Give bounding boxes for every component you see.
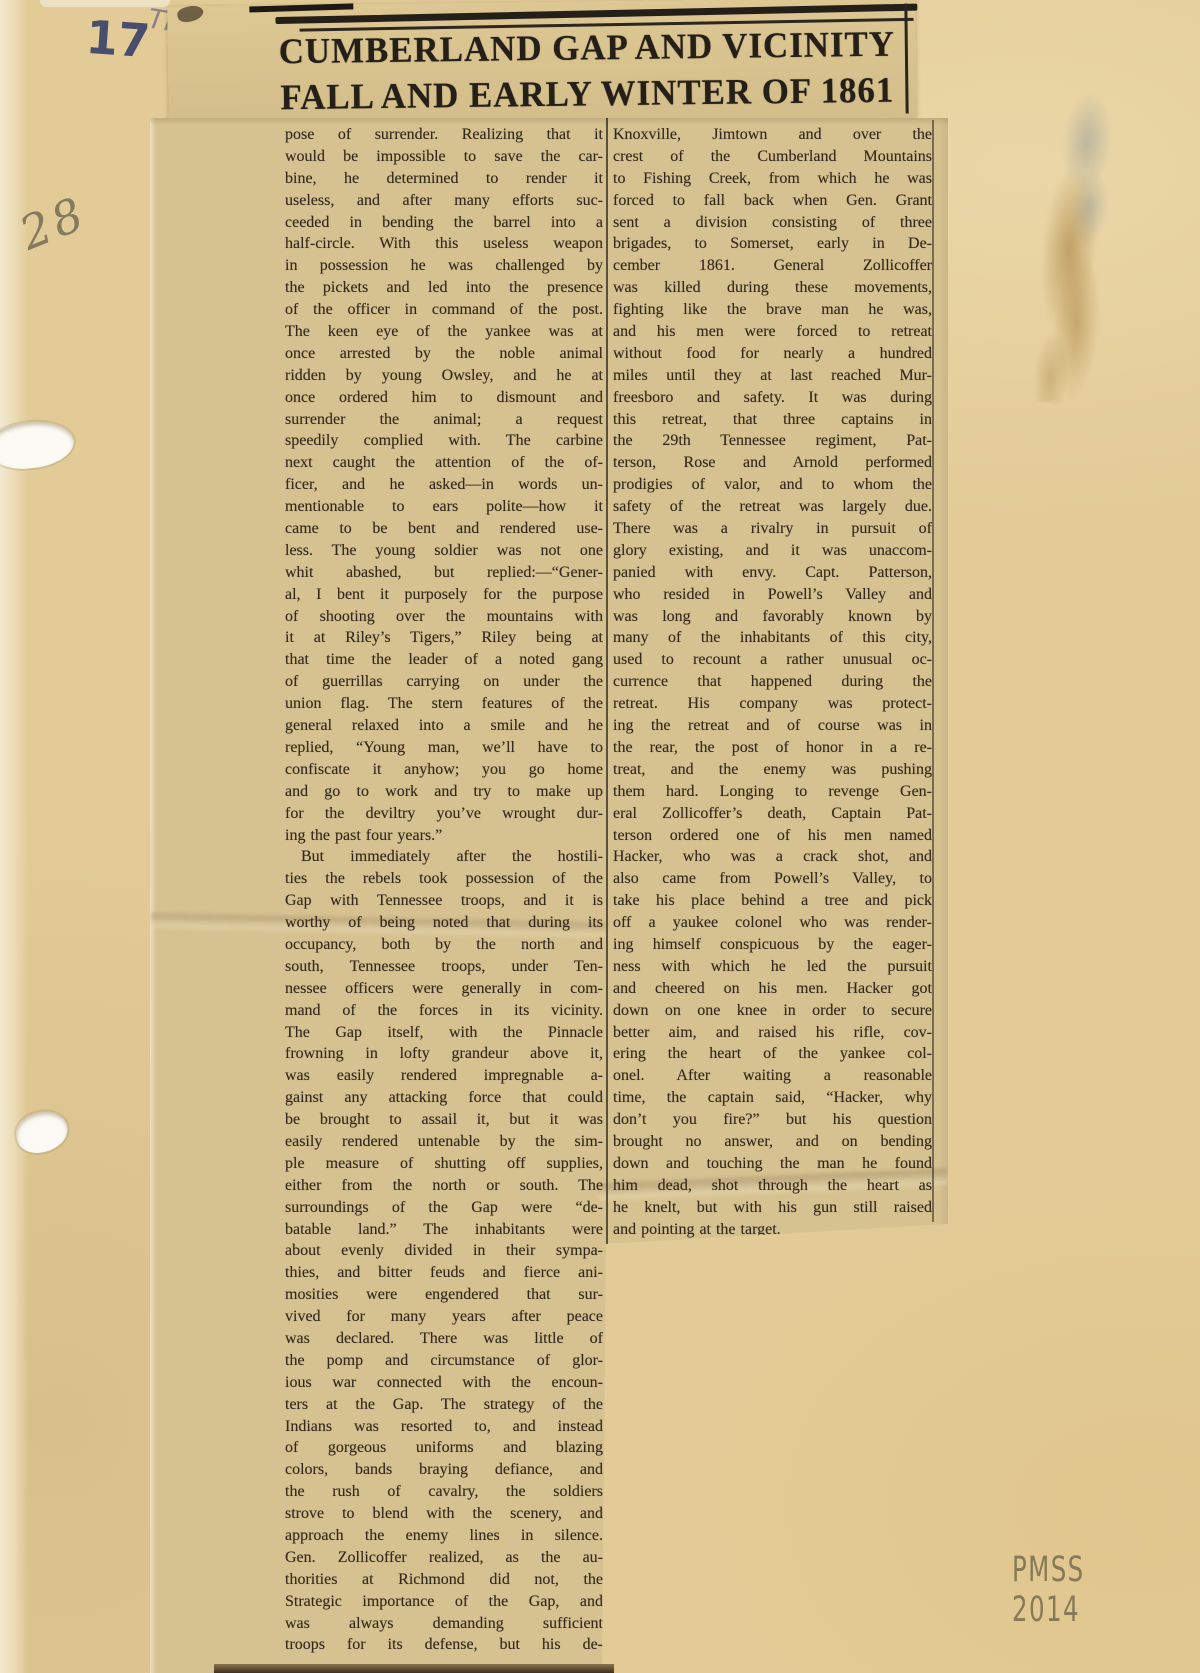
article-text-line: ious war connected with the encoun- — [285, 1372, 603, 1394]
article-text-line: less. The young soldier was not one — [285, 540, 603, 562]
article-text-line: vived for many years after peace — [285, 1306, 603, 1328]
article-text-line: union flag. The stern features of the — [285, 693, 603, 715]
article-text-line: speedily complied with. The carbine — [285, 430, 603, 452]
article-text-line: ering the heart of the yankee col- — [613, 1043, 932, 1065]
article-text-line: terson, Rose and Arnold performed — [613, 452, 932, 474]
article-text-line: surrender the animal; a request — [285, 409, 603, 431]
article-text-line: without food for nearly a hundred — [613, 343, 932, 365]
article-text-line: the pomp and circumstance of glor- — [285, 1350, 603, 1372]
article-text-line: ceeded in bending the barrel into a — [285, 212, 603, 234]
article-text-line: There was a rivalry in pursuit of — [613, 518, 932, 540]
article-text-line: Knoxville, Jimtown and over the — [613, 124, 932, 146]
article-text-line: half-circle. With this useless weapon — [285, 233, 603, 255]
article-text-line: also came from Powell’s Valley, to — [613, 868, 932, 890]
article-text-line: currence that happened during the — [613, 671, 932, 693]
article-text-line: thies, and bitter feuds and fierce ani- — [285, 1262, 603, 1284]
article-text-line: The Gap itself, with the Pinnacle — [285, 1022, 603, 1044]
torn-ink-blob — [176, 3, 205, 24]
article-text-line: for the deviltry you’ve wrought dur- — [285, 803, 603, 825]
article-text-line: crest of the Cumberland Mountains — [613, 146, 932, 168]
article-text-line: occupancy, both by the north and — [285, 934, 603, 956]
article-text-line: in possession he was challenged by — [285, 255, 603, 277]
article-text-line: the pickets and led into the presence — [285, 277, 603, 299]
article-text-line: ing himself conspicuous by the eager- — [613, 934, 932, 956]
article-text-line: the 29th Tennessee regiment, Pat- — [613, 430, 932, 452]
archive-watermark: PMSS 2014 — [1012, 1550, 1144, 1630]
article-text-line: once ordered him to dismount and — [285, 387, 603, 409]
article-text-line: time, the captain said, “Hacker, why — [613, 1087, 932, 1109]
article-text-line: Strategic importance of the Gap, and — [285, 1591, 603, 1613]
article-text-line: and his men were forced to retreat — [613, 321, 932, 343]
torn-page-left-edge — [0, 0, 28, 1673]
article-text-line: pose of surrender. Realizing that it — [285, 124, 603, 146]
article-column-left: pose of surrender. Realizing that itwoul… — [285, 124, 603, 1656]
article-text-line: to Fishing Creek, from which he was — [613, 168, 932, 190]
article-text-line: general relaxed into a smile and he — [285, 715, 603, 737]
article-text-line: bine, he determined to render it — [285, 168, 603, 190]
article-text-line: safety of the retreat was largely due. — [613, 496, 932, 518]
article-text-line: be brought to assail it, but it was — [285, 1109, 603, 1131]
article-text-line: cember 1861. General Zollicoffer — [613, 255, 932, 277]
newspaper-article-clipping: pose of surrender. Realizing that itwoul… — [150, 118, 948, 1673]
scan-bottom-edge — [214, 1664, 614, 1673]
article-text-line: ties the rebels took possession of the — [285, 868, 603, 890]
article-text-line: terson ordered one of his men named — [613, 825, 932, 847]
article-text-line: mosities were engendered that sur- — [285, 1284, 603, 1306]
article-text-line: of shooting over the mountains with — [285, 606, 603, 628]
article-text-line: retreat. His company was protect- — [613, 693, 932, 715]
scrapbook-page: { "page": { "handwritten_number_top": "1… — [0, 0, 1200, 1673]
article-text-line: The keen eye of the yankee was at — [285, 321, 603, 343]
headline-line-2: FALL AND EARLY WINTER OF 1861 — [274, 70, 901, 118]
article-text-line: miles until they at last reached Mur- — [613, 365, 932, 387]
article-text-line: that time the leader of a noted gang — [285, 649, 603, 671]
article-text-line: treat, and the enemy was pushing — [613, 759, 932, 781]
article-text-line: whit abashed, but replied:—“Gener- — [285, 562, 603, 584]
article-text-line: gainst any attacking force that could — [285, 1087, 603, 1109]
article-text-line: useless, and after many efforts suc- — [285, 190, 603, 212]
article-text-line: sent a division consisting of three — [613, 212, 932, 234]
article-text-line: freesboro and safety. It was during — [613, 387, 932, 409]
article-text-line: him dead, shot through the heart as — [613, 1175, 932, 1197]
article-text-line: surroundings of the Gap were “de- — [285, 1197, 603, 1219]
article-text-line: used to recount a rather unusual oc- — [613, 649, 932, 671]
article-text-line: troops for its defense, but his de- — [285, 1634, 603, 1656]
article-text-line: panied with envy. Capt. Patterson, — [613, 562, 932, 584]
article-text-line: down on one knee in order to secure — [613, 1000, 932, 1022]
column-divider-rule — [606, 118, 608, 1244]
article-text-line: them hard. Longing to revenge Gen- — [613, 781, 932, 803]
article-text-line: of guerrillas carrying on under the — [285, 671, 603, 693]
article-text-line: fighting like the brave man he was, — [613, 299, 932, 321]
article-text-line: eral Zollicoffer’s death, Captain Pat- — [613, 803, 932, 825]
article-text-line: next caught the attention of the of- — [285, 452, 603, 474]
article-text-line: ficer, and he asked—in words un- — [285, 474, 603, 496]
article-text-line: he knelt, but with his gun still raised — [613, 1197, 932, 1219]
article-text-line: forced to fall back when Gen. Grant — [613, 190, 932, 212]
article-text-line: the rear, the post of honor in a re- — [613, 737, 932, 759]
article-text-line: about evenly divided in their sympa- — [285, 1240, 603, 1262]
article-text-line: glory existing, and it was unaccom- — [613, 540, 932, 562]
article-text-line: al, I bent it purposely for the purpose — [285, 584, 603, 606]
article-text-line: mand of the forces in its vicinity. — [285, 1000, 603, 1022]
headline-rule-short — [249, 3, 353, 12]
article-text-line: down and touching the man he found — [613, 1153, 932, 1175]
article-text-line: was easily rendered impregnable a- — [285, 1065, 603, 1087]
article-text-line: either from the north or south. The — [285, 1175, 603, 1197]
article-text-line: this retreat, that three captains in — [613, 409, 932, 431]
headline-line-1: CUMBERLAND GAP AND VICINITY — [273, 24, 900, 72]
article-text-line: replied, “Young man, we’ll have to — [285, 737, 603, 759]
article-text-line: brought no answer, and on bending — [613, 1131, 932, 1153]
article-text-line: came to be bent and rendered use- — [285, 518, 603, 540]
article-text-line: ing the past four years.” — [285, 825, 603, 847]
article-text-line: confiscate it anyhow; you go home — [285, 759, 603, 781]
handwritten-number-17: 17 — [84, 10, 152, 68]
article-text-line: thorities at Richmond did not, the — [285, 1569, 603, 1591]
article-text-line: of gorgeous uniforms and blazing — [285, 1437, 603, 1459]
article-text-line: approach the enemy lines in silence. — [285, 1525, 603, 1547]
article-text-line: prodigies of valor, and to whom the — [613, 474, 932, 496]
article-text-line: easily rendered untenable by the sim- — [285, 1131, 603, 1153]
article-text-line: Gap with Tennessee troops, and it is — [285, 890, 603, 912]
article-text-line: Hacker, who was a crack shot, and — [613, 846, 932, 868]
article-text-line: was long and favorably known by — [613, 606, 932, 628]
article-text-line: off a yaukee colonel who was render- — [613, 912, 932, 934]
column-right-rule — [932, 120, 934, 1222]
article-text-line: Gen. Zollicoffer realized, as the au- — [285, 1547, 603, 1569]
article-text-line: nessee officers were generally in com- — [285, 978, 603, 1000]
article-text-line: of the officer in command of the post. — [285, 299, 603, 321]
article-text-line: brigades, to Somerset, early in De- — [613, 233, 932, 255]
article-text-line: ridden by young Owsley, and he at — [285, 365, 603, 387]
article-text-line: and pointing at the target. — [613, 1219, 932, 1241]
article-text-line: and cheered on his men. Hacker got — [613, 978, 932, 1000]
article-text-line: batable land.” The inhabitants were — [285, 1219, 603, 1241]
article-text-line: frowning in lofty grandeur above it, — [285, 1043, 603, 1065]
article-text-line: ness with which he led the pursuit — [613, 956, 932, 978]
punch-hole-top — [0, 417, 76, 473]
article-text-line: ple measure of shutting off supplies, — [285, 1153, 603, 1175]
article-text-line: it at Riley’s Tigers,” Riley being at — [285, 627, 603, 649]
ink-stain — [998, 79, 1145, 408]
article-text-line: many of the inhabitants of this city, — [613, 627, 932, 649]
article-text-line: would be impossible to save the car- — [285, 146, 603, 168]
article-column-right: Knoxville, Jimtown and over thecrest of … — [613, 124, 932, 1240]
article-text-line: ters at the Gap. The strategy of the — [285, 1394, 603, 1416]
article-text-line: don’t you fire?” but his question — [613, 1109, 932, 1131]
article-text-line: was killed during these movements, — [613, 277, 932, 299]
article-text-line: colors, bands braying defiance, and — [285, 1459, 603, 1481]
article-text-line: onel. After waiting a reasonable — [613, 1065, 932, 1087]
article-text-line: was always demanding sufficient — [285, 1613, 603, 1635]
article-text-line: ing the retreat and of course was in — [613, 715, 932, 737]
newspaper-headline-clipping: CUMBERLAND GAP AND VICINITY FALL AND EAR… — [167, 0, 916, 127]
article-text-line: the rush of cavalry, the soldiers — [285, 1481, 603, 1503]
article-text-line: was declared. There was little of — [285, 1328, 603, 1350]
article-text-line: mentionable to ears polite—how it — [285, 496, 603, 518]
article-text-line: better aim, and raised his rifle, cov- — [613, 1022, 932, 1044]
article-text-line: take his place behind a tree and pick — [613, 890, 932, 912]
article-text-line: who resided in Powell’s Valley and — [613, 584, 932, 606]
article-text-line: strove to blend with the scenery, and — [285, 1503, 603, 1525]
article-text-line: But immediately after the hostili- — [285, 846, 603, 868]
article-text-line: and go to work and try to make up — [285, 781, 603, 803]
article-text-line: once arrested by the noble animal — [285, 343, 603, 365]
article-text-line: Indians was resorted to, and instead — [285, 1416, 603, 1438]
article-text-line: worthy of being noted that during its — [285, 912, 603, 934]
article-text-line: south, Tennessee troops, under Ten- — [285, 956, 603, 978]
